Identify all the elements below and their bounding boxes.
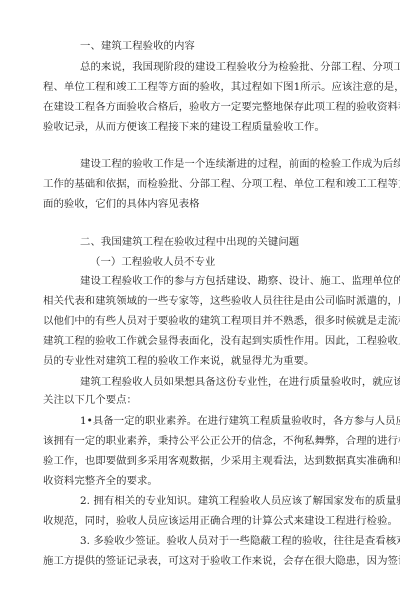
paragraph-line: 该拥有一定的职业素养，秉持公平公正公开的信念，不徇私舞弊，合理的进行检 (43, 434, 400, 448)
paragraph-line: 在建设工程各方面验收合格后，验收方一定要完整地保存此项工程的验收资料和 (43, 100, 400, 114)
paragraph-line: 验收记录，从而方便该工程接下来的建设工程质量验收工作。 (43, 120, 325, 134)
paragraph-line: 收规范，同时，验收人员应该运用正确合理的计算公式来建设工程进行检验。 (43, 514, 398, 528)
paragraph-line: 施工方提供的签证记录表，可这对于验收工作来说，会存在很大隐患，因为签证 (43, 554, 400, 568)
paragraph-line: 相关代表和建筑领域的一些专家等，这些验收人员往往是由公司临时派遣的，所 (43, 294, 400, 308)
paragraph-line: 建设工程验收工作的参与方包括建设、勘察、设计、施工、监理单位的 (80, 274, 400, 288)
list-item-point-2: 2. 拥有相关的专业知识。建筑工程验收人员应该了解国家发布的质量验 (80, 494, 400, 508)
paragraph-line: 收资料完整齐全的要求。 (43, 474, 158, 488)
paragraph-line: 总的来说，我国现阶段的建设工程验收分为检验批、分部工程、分项工 (80, 60, 400, 74)
paragraph-line: 关注以下几个要点： (43, 393, 137, 407)
paragraph-line: 建筑工程验收人员如果想具备这份专业性，在进行质量验收时，就应该 (80, 375, 400, 389)
list-item-point-3: 3. 多验收少签证。验收人员对于一些隐蔽工程的验收，往往是查看核对 (80, 534, 400, 548)
paragraph-line: 程、单位工程和竣工工程等方面的验收，其过程如下图1所示。应该注意的是， (43, 80, 400, 94)
paragraph-line: 建设工程的验收工作是一个连续渐进的过程，前面的检验工作成为后续 (80, 157, 400, 171)
paragraph-line: 面的验收，它们的具体内容见表格 (43, 197, 200, 211)
paragraph-line: 以他们中的有些人员对于要验收的建筑工程项目并不熟悉，很多时候就是走流程, (43, 314, 400, 328)
paragraph-line: 建筑工程的验收工作就会显得表面化，没有起到实质性作用。因此，工程验收人 (43, 334, 400, 348)
paragraph-line: 验工作，也即要做到多采用客观数据，少采用主观看法，达到数据真实准确和验 (43, 454, 400, 468)
list-item-point-1: 1•具备一定的职业素养。在进行建筑工程质量验收时，各方参与人员应 (80, 414, 400, 428)
paragraph-line: 员的专业性对建筑工程的验收工作来说，就显得尤为重要。 (43, 354, 314, 368)
section-heading-2: 二、我国建筑工程在验收过程中出现的关键问题 (80, 235, 299, 249)
section-heading-1: 一、建筑工程验收的内容 (80, 39, 195, 53)
subsection-heading: （一）工程验收人员不专业 (90, 255, 215, 269)
paragraph-line: 工作的基础和依据，而检验批、分部工程、分项工程、单位工程和竣工工程等方 (43, 177, 400, 191)
